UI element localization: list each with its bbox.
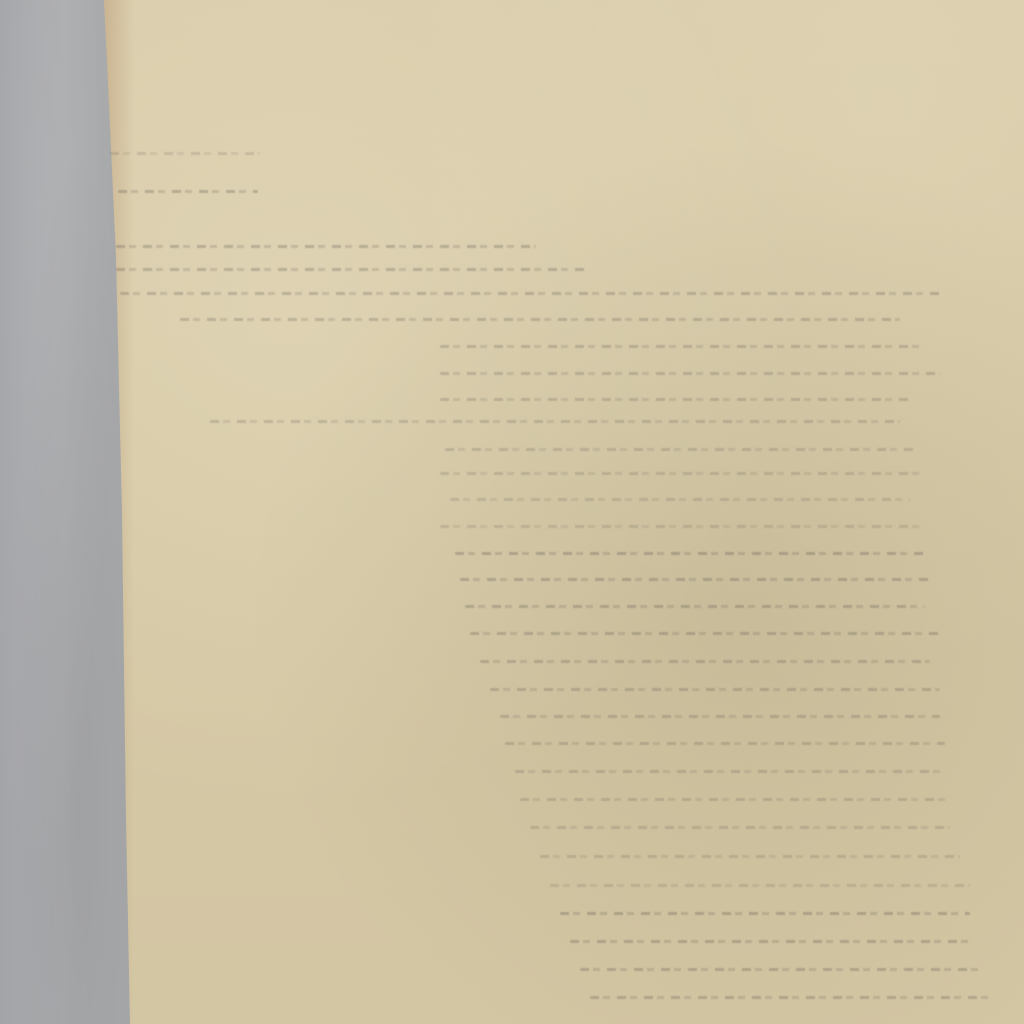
handwriting-line bbox=[440, 345, 920, 348]
handwriting-line bbox=[440, 472, 920, 475]
handwriting-line bbox=[440, 398, 910, 401]
handwriting-line bbox=[570, 940, 970, 943]
handwriting-line bbox=[116, 268, 586, 271]
handwriting-line bbox=[460, 578, 930, 581]
handwriting-line bbox=[560, 912, 970, 915]
handwriting-line bbox=[440, 525, 920, 528]
handwriting-line bbox=[450, 498, 910, 501]
handwriting-line bbox=[455, 552, 925, 555]
handwriting-line bbox=[210, 420, 900, 423]
handwriting-line bbox=[505, 742, 945, 745]
handwriting-line bbox=[480, 660, 930, 663]
handwriting-line bbox=[470, 632, 940, 635]
handwriting-line bbox=[118, 190, 258, 193]
handwriting-line bbox=[580, 968, 980, 971]
handwriting-line bbox=[120, 292, 940, 295]
handwriting-line bbox=[515, 770, 945, 773]
handwriting-line bbox=[180, 318, 900, 321]
handwriting-line bbox=[530, 826, 950, 829]
handwriting-line bbox=[500, 715, 940, 718]
handwriting-line bbox=[520, 798, 950, 801]
handwriting-line bbox=[550, 884, 970, 887]
handwriting-line bbox=[110, 152, 260, 155]
handwriting-line bbox=[540, 855, 960, 858]
handwriting-line bbox=[465, 605, 925, 608]
handwriting-line bbox=[590, 996, 990, 999]
handwriting-line bbox=[440, 372, 940, 375]
handwriting-line bbox=[116, 245, 536, 248]
handwriting-line bbox=[490, 688, 940, 691]
handwriting-line bbox=[445, 448, 915, 451]
document-scene bbox=[0, 0, 1024, 1024]
faded-handwriting bbox=[0, 0, 1024, 1024]
